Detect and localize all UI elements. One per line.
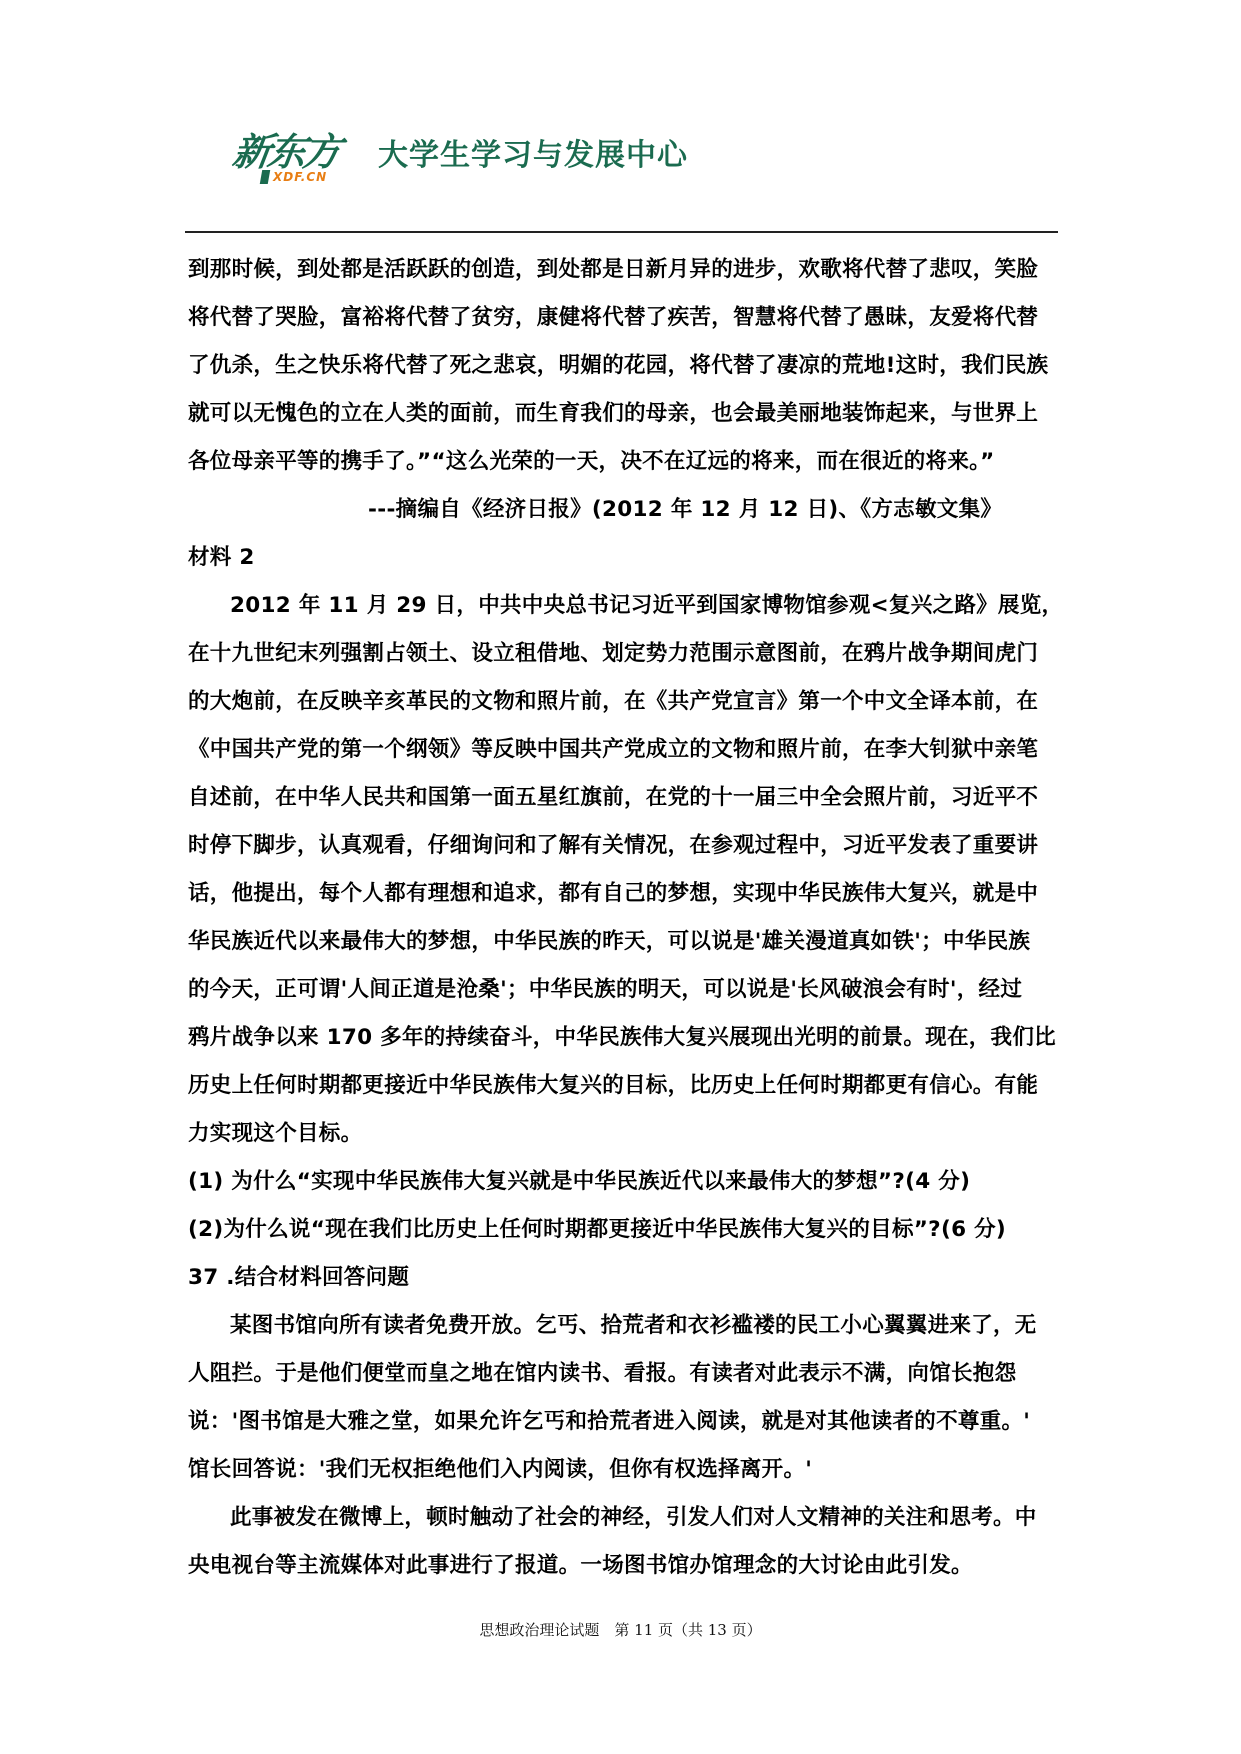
text-line: 鸦片战争以来 170 多年的持续奋斗，中华民族伟大复兴展现出光明的前景。现在，我… [188, 1014, 1056, 1062]
logo-chinese: 新东方 [230, 130, 341, 174]
document-body: 到那时候，到处都是活跃跃的创造，到处都是日新月异的进步，欢歌将代替了悲叹，笑脸 … [188, 246, 1056, 1590]
text-line: 将代替了哭脸，富裕将代替了贫穷，康健将代替了疾苦，智慧将代替了愚昧，友爱将代替 [188, 294, 1056, 342]
text-line: 在十九世纪末列强割占领土、设立租借地、划定势力范围示意图前，在鸦片战争期间虎门 [188, 630, 1056, 678]
text-line: 了仇杀，生之快乐将代替了死之悲哀，明媚的花园，将代替了凄凉的荒地!这时，我们民族 [188, 342, 1056, 390]
text-line: 2012 年 11 月 29 日，中共中央总书记习近平到国家博物馆参观<复兴之路… [188, 582, 1056, 630]
header-divider [185, 231, 1058, 233]
text-line: 央电视台等主流媒体对此事进行了报道。一场图书馆办馆理念的大讨论由此引发。 [188, 1542, 1056, 1590]
material-heading: 材料 2 [188, 534, 1056, 582]
page-header: 新东方 XDF.CN 大学生学习与发展中心 [233, 130, 1033, 190]
text-line: 到那时候，到处都是活跃跃的创造，到处都是日新月异的进步，欢歌将代替了悲叹，笑脸 [188, 246, 1056, 294]
page-footer: 思想政治理论试题 第 11 页（共 13 页） [0, 1620, 1241, 1640]
text-line: 就可以无愧色的立在人类的面前，而生育我们的母亲，也会最美丽地装饰起来，与世界上 [188, 390, 1056, 438]
text-line: 自述前，在中华人民共和国第一面五星红旗前，在党的十一届三中全会照片前，习近平不 [188, 774, 1056, 822]
text-line: 此事被发在微博上，顿时触动了社会的神经，引发人们对人文精神的关注和思考。中 [188, 1494, 1056, 1542]
text-line: 馆长回答说：'我们无权拒绝他们入内阅读，但你有权选择离开。' [188, 1446, 1056, 1494]
text-line: 历史上任何时期都更接近中华民族伟大复兴的目标，比历史上任何时期都更有信心。有能 [188, 1062, 1056, 1110]
text-line: 力实现这个目标。 [188, 1110, 1056, 1158]
text-line: 人阻拦。于是他们便堂而皇之地在馆内读书、看报。有读者对此表示不满，向馆长抱怨 [188, 1350, 1056, 1398]
text-line: 的今天，正可谓'人间正道是沧桑'；中华民族的明天，可以说是'长风破浪会有时'，经… [188, 966, 1056, 1014]
logo-bar-shape [260, 170, 270, 184]
text-line: 话，他提出，每个人都有理想和追求，都有自己的梦想，实现中华民族伟大复兴，就是中 [188, 870, 1056, 918]
xdf-logo: 新东方 XDF.CN [233, 130, 373, 188]
text-line: 《中国共产党的第一个纲领》等反映中国共产党成立的文物和照片前，在李大钊狱中亲笔 [188, 726, 1056, 774]
question-37-heading: 37 .结合材料回答问题 [188, 1254, 1056, 1302]
text-line: 说：'图书馆是大雅之堂，如果允许乞丐和拾荒者进入阅读，就是对其他读者的不尊重。' [188, 1398, 1056, 1446]
text-line: 各位母亲平等的携手了。”“这么光荣的一天，决不在辽远的将来，而在很近的将来。” [188, 438, 1056, 486]
question-2: (2)为什么说“现在我们比历史上任何时期都更接近中华民族伟大复兴的目标”?(6 … [188, 1206, 1056, 1254]
question-1: (1) 为什么“实现中华民族伟大复兴就是中华民族近代以来最伟大的梦想”?(4 分… [188, 1158, 1056, 1206]
text-line: 某图书馆向所有读者免费开放。乞丐、拾荒者和衣衫褴褛的民工小心翼翼进来了，无 [188, 1302, 1056, 1350]
text-line: 华民族近代以来最伟大的梦想，中华民族的昨天，可以说是'雄关漫道真如铁'；中华民族 [188, 918, 1056, 966]
source-citation: ---摘编自《经济日报》(2012 年 12 月 12 日)、《方志敏文集》 [188, 486, 1056, 534]
logo-english: XDF.CN [273, 170, 327, 184]
center-title: 大学生学习与发展中心 [378, 138, 688, 174]
text-line: 的大炮前，在反映辛亥革民的文物和照片前，在《共产党宣言》第一个中文全译本前，在 [188, 678, 1056, 726]
text-line: 时停下脚步，认真观看，仔细询问和了解有关情况，在参观过程中，习近平发表了重要讲 [188, 822, 1056, 870]
